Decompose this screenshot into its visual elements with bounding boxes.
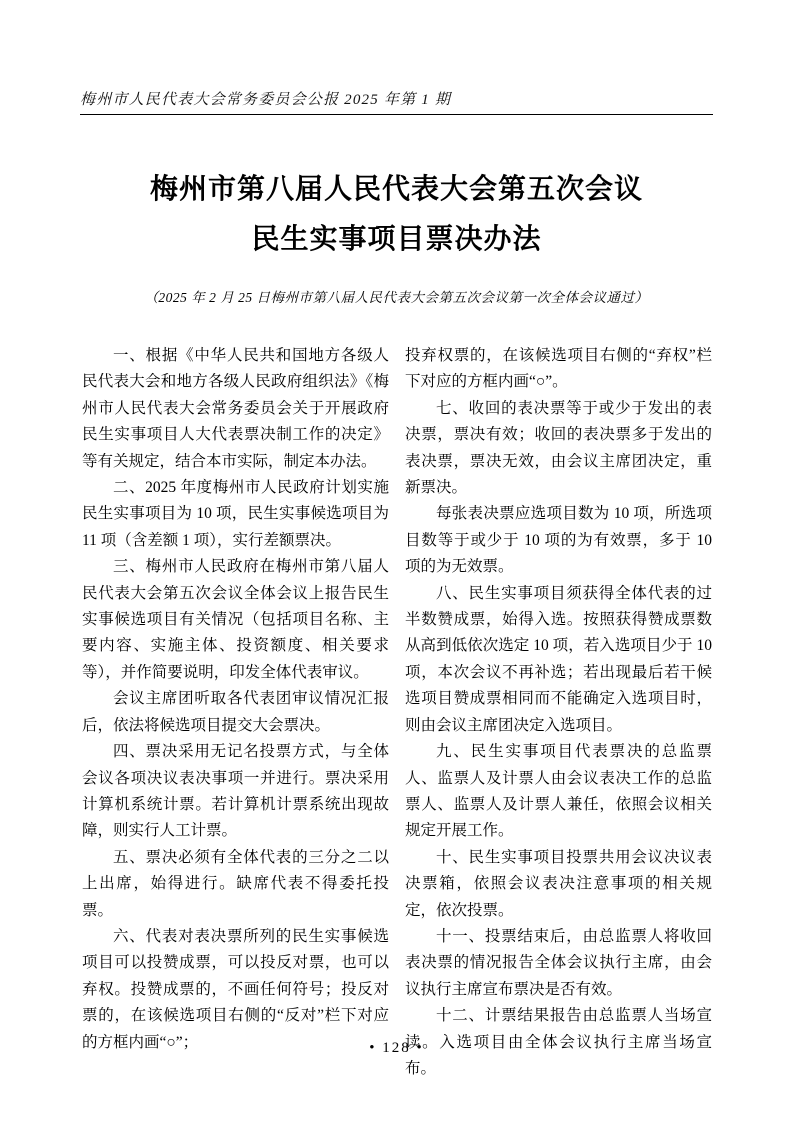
- paragraph-article-7: 七、收回的表决票等于或少于发出的表决票，票决有效；收回的表决票多于发出的表决票，…: [405, 396, 712, 502]
- paragraph-article-9: 九、民生实事项目代表票决的总监票人、监票人及计票人由会议表决工作的总监票人、监票…: [405, 739, 712, 845]
- paragraph-article-3-sub: 会议主席团听取各代表团审议情况汇报后，依法将候选项目提交大会票决。: [82, 686, 389, 739]
- adoption-date-note: （2025 年 2 月 25 日梅州市第八届人民代表大会第五次会议第一次全体会议…: [0, 286, 793, 306]
- journal-header: 梅州市人民代表大会常务委员会公报 2025 年第 1 期: [80, 90, 713, 110]
- paragraph-article-5: 五、票决必须有全体代表的三分之二以上出席，始得进行。缺席代表不得委托投票。: [82, 845, 389, 924]
- document-title: 梅州市第八届人民代表大会第五次会议 民生实事项目票决办法: [0, 165, 793, 265]
- paragraph-article-6: 六、代表对表决票所列的民生实事候选项目可以投赞成票，可以投反对票，也可以弃权。投…: [82, 924, 389, 1056]
- paragraph-article-1: 一、根据《中华人民共和国地方各级人民代表大会和地方各级人民政府组织法》《梅州市人…: [82, 343, 389, 475]
- document-page: 梅州市人民代表大会常务委员会公报 2025 年第 1 期 梅州市第八届人民代表大…: [0, 0, 793, 1122]
- page-number: • 128 •: [0, 1040, 793, 1057]
- body-columns: 一、根据《中华人民共和国地方各级人民代表大会和地方各级人民政府组织法》《梅州市人…: [82, 343, 712, 1082]
- paragraph-article-11: 十一、投票结束后，由总监票人将收回表决票的情况报告全体会议执行主席，由会议执行主…: [405, 924, 712, 1003]
- paragraph-article-8: 八、民生实事项目须获得全体代表的过半数赞成票，始得入选。按照获得赞成票数从高到低…: [405, 581, 712, 739]
- document-title-line-2: 民生实事项目票决办法: [0, 215, 793, 265]
- paragraph-article-6-continued: 投弃权票的，在该候选项目右侧的“弃权”栏下对应的方框内画“○”。: [405, 343, 712, 396]
- running-head: 梅州市人民代表大会常务委员会公报 2025 年第 1 期: [80, 90, 713, 115]
- paragraph-article-2: 二、2025 年度梅州市人民政府计划实施民生实事项目为 10 项，民生实事候选项…: [82, 475, 389, 554]
- paragraph-article-10: 十、民生实事项目投票共用会议决议表决票箱，依照会议表决注意事项的相关规定，依次投…: [405, 845, 712, 924]
- paragraph-article-7-sub: 每张表决票应选项目数为 10 项，所选项目数等于或少于 10 项的为有效票，多于…: [405, 501, 712, 580]
- left-column: 一、根据《中华人民共和国地方各级人民代表大会和地方各级人民政府组织法》《梅州市人…: [82, 343, 389, 1082]
- right-column: 投弃权票的，在该候选项目右侧的“弃权”栏下对应的方框内画“○”。 七、收回的表决…: [405, 343, 712, 1082]
- paragraph-article-4: 四、票决采用无记名投票方式，与全体会议各项决议表决事项一并进行。票决采用计算机系…: [82, 739, 389, 845]
- header-rule: [80, 114, 713, 115]
- document-title-line-1: 梅州市第八届人民代表大会第五次会议: [0, 165, 793, 215]
- paragraph-article-3: 三、梅州市人民政府在梅州市第八届人民代表大会第五次会议全体会议上报告民生实事候选…: [82, 554, 389, 686]
